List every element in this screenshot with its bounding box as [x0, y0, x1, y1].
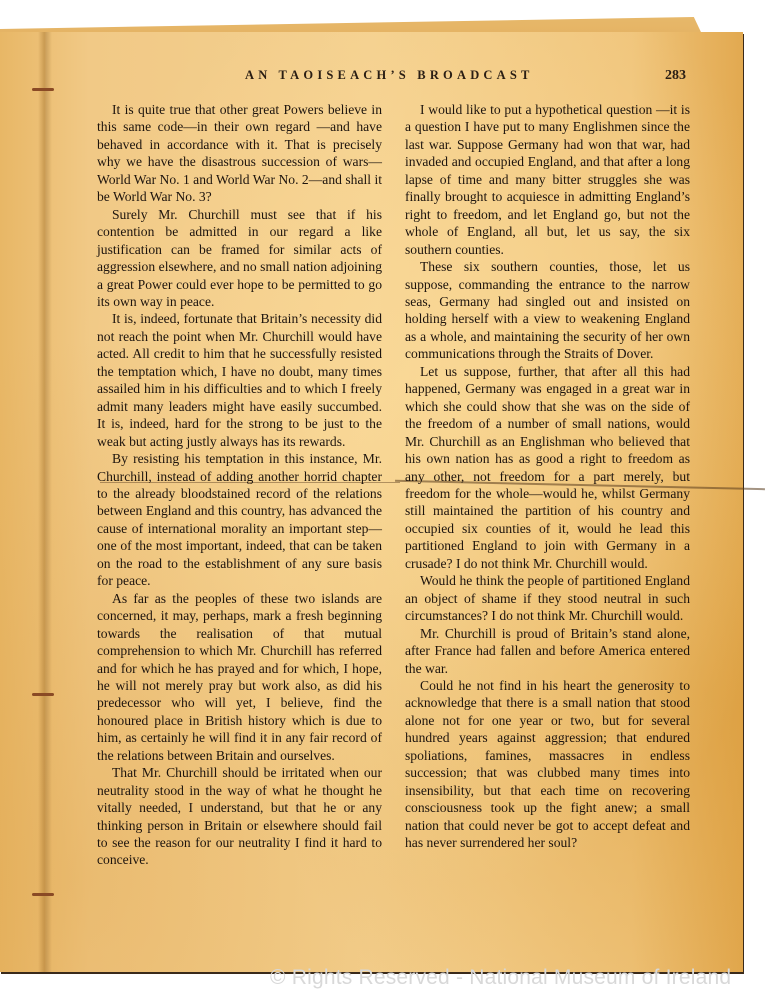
paragraph: I would like to put a hypothetical quest… [405, 101, 690, 258]
copyright-watermark: © Rights Reserved - National Museum of I… [270, 966, 731, 990]
page-fold-crease [38, 32, 52, 972]
paragraph: It is, indeed, fortunate that Britain’s … [97, 310, 382, 450]
left-column: It is quite true that other great Powers… [97, 101, 382, 869]
page-number: 283 [665, 68, 686, 84]
paragraph: By resisting his temptation in this inst… [97, 450, 382, 590]
paragraph: As far as the peoples of these two islan… [97, 590, 382, 765]
paragraph: These six southern counties, those, let … [405, 258, 690, 363]
paragraph: Surely Mr. Churchill must see that if hi… [97, 206, 382, 311]
fold-tear-mark [32, 693, 54, 696]
fold-tear-mark [32, 88, 54, 91]
paragraph: It is quite true that other great Powers… [97, 101, 382, 206]
running-title: AN TAOISEACH’S BROADCAST [245, 68, 534, 83]
paragraph: Mr. Churchill is proud of Britain’s stan… [405, 625, 690, 677]
paragraph: That Mr. Churchill should be irritated w… [97, 764, 382, 869]
paragraph: Would he think the people of partitioned… [405, 572, 690, 624]
fold-tear-mark [32, 893, 54, 896]
paragraph: Could he not find in his heart the gener… [405, 677, 690, 852]
right-column: I would like to put a hypothetical quest… [405, 101, 690, 851]
paragraph: Let us suppose, further, that after all … [405, 363, 690, 572]
